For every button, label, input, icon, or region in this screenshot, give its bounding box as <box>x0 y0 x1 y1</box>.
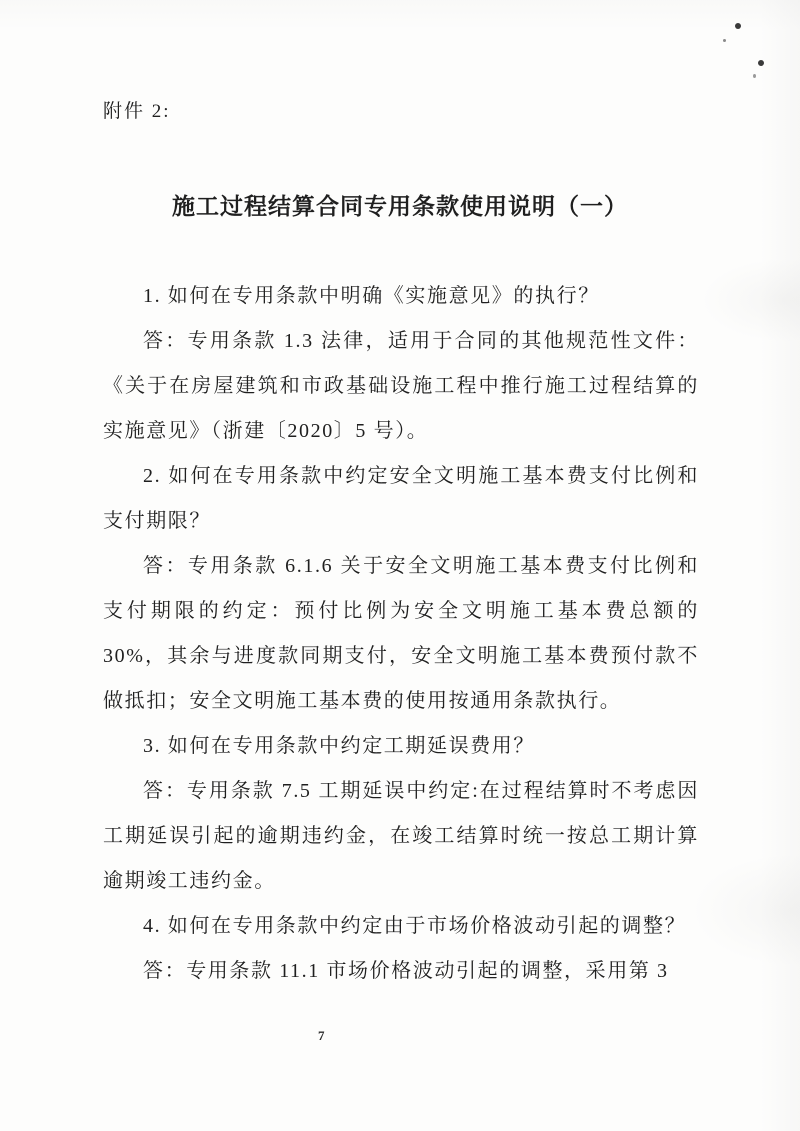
question-3: 3. 如何在专用条款中约定工期延误费用？ <box>103 724 699 769</box>
question-4: 4. 如何在专用条款中约定由于市场价格波动引起的调整？ <box>103 904 699 949</box>
document-page: 附件 2: 施工过程结算合同专用条款使用说明（一） 1. 如何在专用条款中明确《… <box>0 0 800 1131</box>
answer-1: 答：专用条款 1.3 法律，适用于合同的其他规范性文件：《关于在房屋建筑和市政基… <box>103 319 699 454</box>
answer-4: 答：专用条款 11.1 市场价格波动引起的调整，采用第 3 <box>103 949 699 994</box>
answer-3: 答：专用条款 7.5 工期延误中约定:在过程结算时不考虑因工期延误引起的逾期违约… <box>103 769 699 904</box>
scan-speck <box>758 60 764 66</box>
scan-speck <box>723 39 726 42</box>
answer-2: 答：专用条款 6.1.6 关于安全文明施工基本费支付比例和支付期限的约定：预付比… <box>103 544 699 724</box>
scan-speck <box>735 23 741 29</box>
attachment-label: 附件 2: <box>103 96 171 123</box>
page-title: 施工过程结算合同专用条款使用说明（一） <box>103 188 697 221</box>
question-1: 1. 如何在专用条款中明确《实施意见》的执行？ <box>103 274 699 319</box>
scan-speck <box>753 74 756 78</box>
question-2: 2. 如何在专用条款中约定安全文明施工基本费支付比例和支付期限？ <box>103 454 699 544</box>
document-body: 1. 如何在专用条款中明确《实施意见》的执行？ 答：专用条款 1.3 法律，适用… <box>103 274 699 994</box>
page-number: 7 <box>318 1028 325 1044</box>
